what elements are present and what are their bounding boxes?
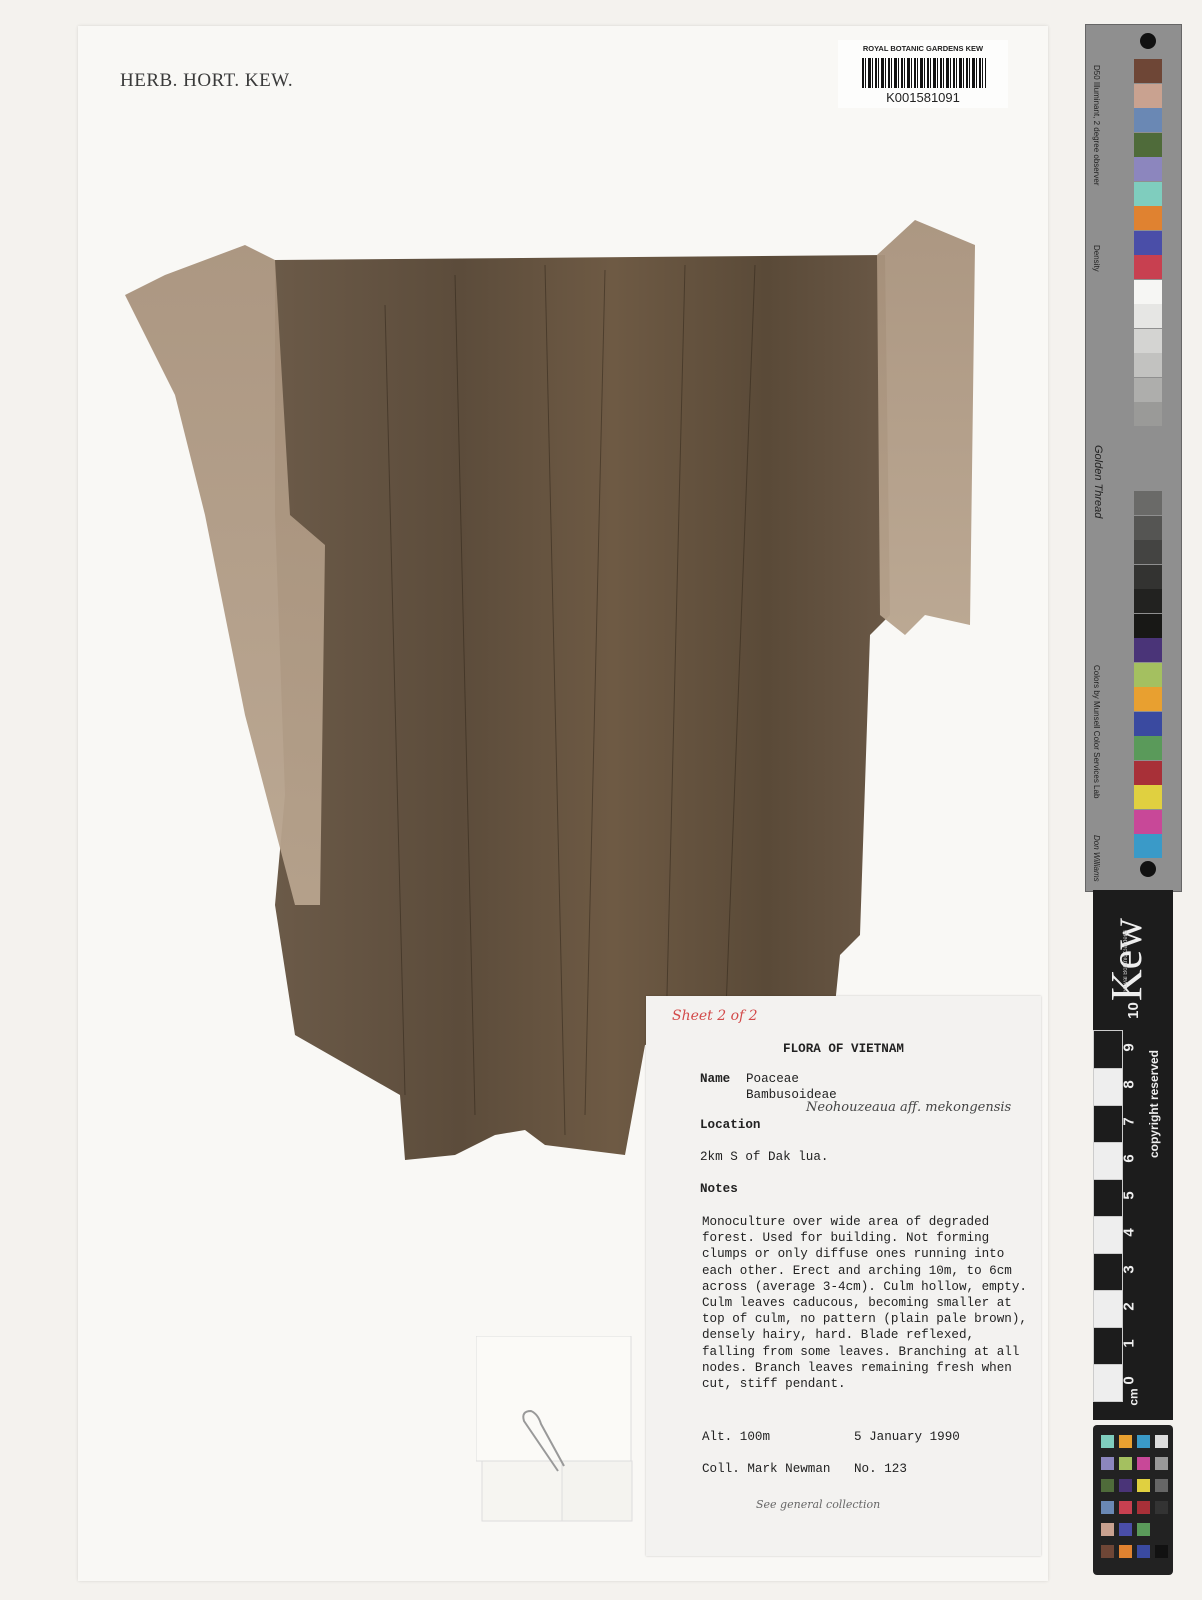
- color-swatch: [1119, 1479, 1132, 1492]
- color-patch: [1134, 589, 1162, 613]
- color-patch: [1134, 329, 1162, 353]
- color-calibration-ruler: D50 Illuminant, 2 degree observer Densit…: [1085, 24, 1182, 892]
- location-value: 2km S of Dak lua.: [700, 1150, 828, 1164]
- color-swatch: [1101, 1523, 1114, 1536]
- color-swatch: [1119, 1545, 1132, 1558]
- color-patch: [1134, 565, 1162, 589]
- illuminant-text: D50 Illuminant, 2 degree observer: [1092, 65, 1101, 186]
- color-checker-card: [1093, 1425, 1173, 1575]
- kew-subtitle: Royal Botanic Gardens: [1123, 930, 1129, 992]
- color-patch: [1134, 255, 1162, 279]
- scale-tick-label: 0: [1121, 1376, 1138, 1384]
- color-swatch: [1119, 1457, 1132, 1470]
- color-swatch: [1101, 1501, 1114, 1514]
- color-patch: [1134, 231, 1162, 255]
- sheet-number-note: Sheet 2 of 2: [672, 1008, 758, 1024]
- scale-tick-label: 10: [1125, 1002, 1142, 1019]
- color-patch: [1134, 304, 1162, 328]
- ruler-credit: Colors by Munsell Color Services Lab: [1092, 665, 1101, 798]
- family-name: Poaceae: [746, 1072, 799, 1086]
- ruler-signature: Don Williams: [1092, 835, 1101, 882]
- color-swatch: [1101, 1545, 1114, 1558]
- scale-unit: cm: [1127, 1388, 1141, 1405]
- scale-segment: [1093, 1067, 1123, 1106]
- determination-handwritten: Neohouzeaua aff. mekongensis: [806, 1100, 1011, 1115]
- color-swatch: [1137, 1479, 1150, 1492]
- color-swatch: [1101, 1479, 1114, 1492]
- color-swatch: [1155, 1523, 1168, 1536]
- scale-segment: [1093, 1030, 1123, 1069]
- color-swatch: [1155, 1457, 1168, 1470]
- collection-number: No. 123: [854, 1462, 907, 1476]
- scale-tick-label: 4: [1121, 1228, 1138, 1236]
- color-swatch: [1155, 1501, 1168, 1514]
- color-patch: [1134, 614, 1162, 638]
- color-patch: [1134, 810, 1162, 834]
- color-patch: [1134, 206, 1162, 230]
- color-patch: [1134, 834, 1162, 858]
- scale-segment: [1093, 1363, 1123, 1402]
- color-swatch: [1119, 1501, 1132, 1514]
- collection-label: Sheet 2 of 2 FLORA OF VIETNAM Name Poace…: [646, 996, 1041, 1556]
- scale-segment: [1093, 1141, 1123, 1180]
- scale-segment: [1093, 1104, 1123, 1143]
- color-patch: [1134, 108, 1162, 132]
- color-patch: [1134, 712, 1162, 736]
- footer-handwritten: See general collection: [756, 1498, 880, 1511]
- scale-segment: [1093, 1326, 1123, 1365]
- color-patch: [1134, 785, 1162, 809]
- label-title: FLORA OF VIETNAM: [646, 1042, 1041, 1056]
- color-patch: [1134, 736, 1162, 760]
- color-swatch: [1119, 1523, 1132, 1536]
- name-label: Name: [700, 1072, 730, 1086]
- scale-tick-label: 2: [1121, 1302, 1138, 1310]
- density-label: Density: [1092, 245, 1101, 272]
- barcode-org: ROYAL BOTANIC GARDENS KEW: [838, 44, 1008, 53]
- color-patch: [1134, 182, 1162, 206]
- color-swatch: [1101, 1457, 1114, 1470]
- registration-dot-icon: [1140, 33, 1156, 49]
- color-patch: [1134, 84, 1162, 108]
- barcode-id: K001581091: [838, 90, 1008, 105]
- color-patch: [1134, 516, 1162, 540]
- scale-tick-label: 3: [1121, 1265, 1138, 1273]
- kew-scale-bar: Kew Royal Botanic Gardens copyright rese…: [1093, 890, 1173, 1420]
- color-swatch: [1137, 1501, 1150, 1514]
- barcode-icon: [862, 58, 986, 88]
- color-patch: [1134, 491, 1162, 515]
- color-patch: [1134, 761, 1162, 785]
- color-swatch: [1155, 1545, 1168, 1558]
- copyright-text: copyright reserved: [1147, 1050, 1161, 1158]
- notes-text: Monoculture over wide area of degraded f…: [702, 1214, 1032, 1392]
- color-patch: [1134, 280, 1162, 304]
- color-patch: [1134, 663, 1162, 687]
- fragment-packet: [476, 1336, 636, 1526]
- scale-tick-label: 6: [1121, 1154, 1138, 1162]
- color-patch: [1134, 378, 1162, 402]
- scale-segment: [1093, 1252, 1123, 1291]
- scale-tick-label: 5: [1121, 1191, 1138, 1199]
- barcode-label: ROYAL BOTANIC GARDENS KEW K001581091: [838, 40, 1008, 108]
- color-swatch: [1101, 1435, 1114, 1448]
- scale-segment: [1093, 1215, 1123, 1254]
- color-swatch: [1137, 1435, 1150, 1448]
- scale-segment: [1093, 1178, 1123, 1217]
- scale-segment: [1093, 1289, 1123, 1328]
- color-patch: [1134, 402, 1162, 426]
- notes-label: Notes: [700, 1182, 738, 1196]
- scale-tick-label: 9: [1121, 1043, 1138, 1051]
- color-patch: [1134, 540, 1162, 564]
- scale-tick-label: 8: [1121, 1080, 1138, 1088]
- color-patch: [1134, 157, 1162, 181]
- color-patch: [1134, 59, 1162, 83]
- ruler-brand: Golden Thread: [1092, 445, 1104, 518]
- color-swatch: [1137, 1457, 1150, 1470]
- color-patch: [1134, 353, 1162, 377]
- color-swatch: [1119, 1435, 1132, 1448]
- color-swatch: [1137, 1523, 1150, 1536]
- registration-dot-icon: [1140, 861, 1156, 877]
- color-patch: [1134, 687, 1162, 711]
- color-swatch: [1155, 1479, 1168, 1492]
- scale-tick-label: 7: [1121, 1117, 1138, 1125]
- location-label: Location: [700, 1118, 760, 1132]
- herbarium-header: HERB. HORT. KEW.: [120, 70, 293, 92]
- color-patch: [1134, 133, 1162, 157]
- altitude: Alt. 100m: [702, 1430, 770, 1444]
- scale-tick-label: 1: [1121, 1339, 1138, 1347]
- color-swatch: [1137, 1545, 1150, 1558]
- collector: Coll. Mark Newman: [702, 1462, 830, 1476]
- color-patch: [1134, 638, 1162, 662]
- collection-date: 5 January 1990: [854, 1430, 960, 1444]
- color-swatch: [1155, 1435, 1168, 1448]
